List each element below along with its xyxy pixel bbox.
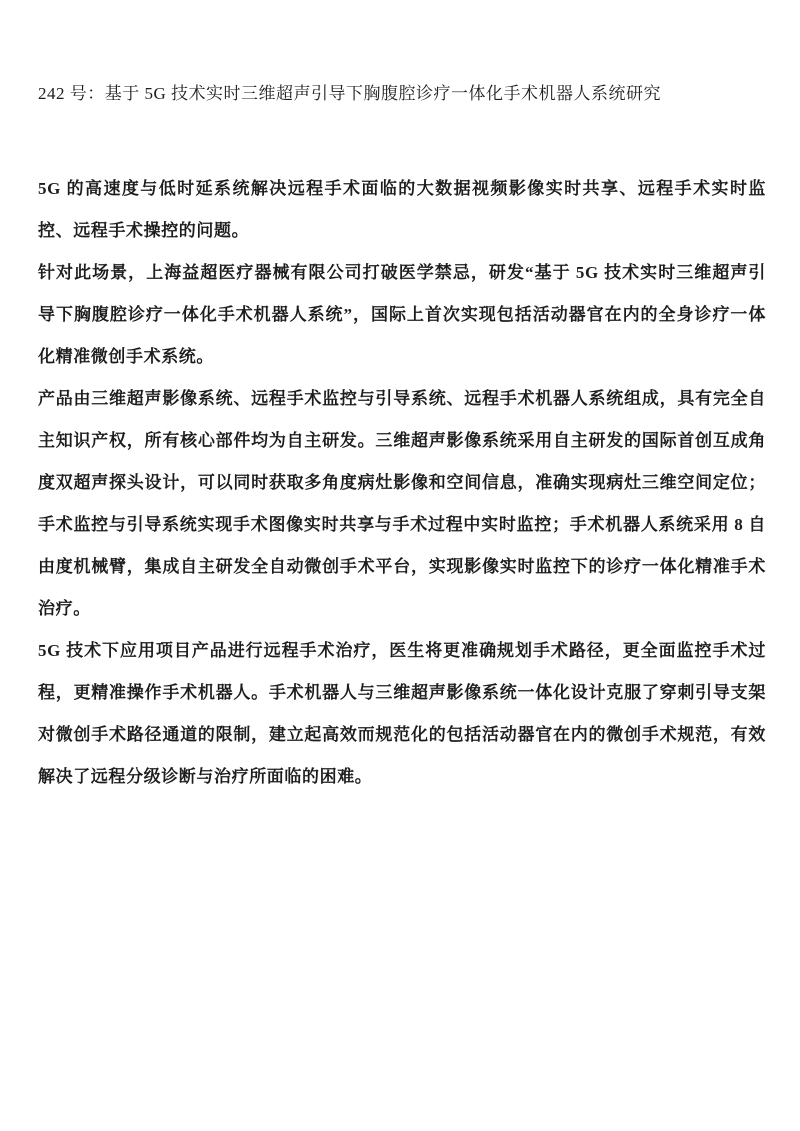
paragraph-company-development: 针对此场景，上海益超医疗器械有限公司打破医学禁忌，研发“基于 5G 技术实时三维… — [38, 252, 766, 378]
document-title: 242 号：基于 5G 技术实时三维超声引导下胸腹腔诊疗一体化手术机器人系统研究 — [38, 80, 766, 108]
paragraph-application-benefits: 5G 技术下应用项目产品进行远程手术治疗，医生将更准确规划手术路径，更全面监控手… — [38, 630, 766, 798]
paragraph-intro-5g-problems: 5G 的高速度与低时延系统解决远程手术面临的大数据视频影像实时共享、远程手术实时… — [38, 168, 766, 252]
paragraph-product-composition: 产品由三维超声影像系统、远程手术监控与引导系统、远程手术机器人系统组成，具有完全… — [38, 378, 766, 630]
document-page: 242 号：基于 5G 技术实时三维超声引导下胸腹腔诊疗一体化手术机器人系统研究… — [0, 0, 800, 1131]
document-body: 5G 的高速度与低时延系统解决远程手术面临的大数据视频影像实时共享、远程手术实时… — [38, 168, 766, 798]
